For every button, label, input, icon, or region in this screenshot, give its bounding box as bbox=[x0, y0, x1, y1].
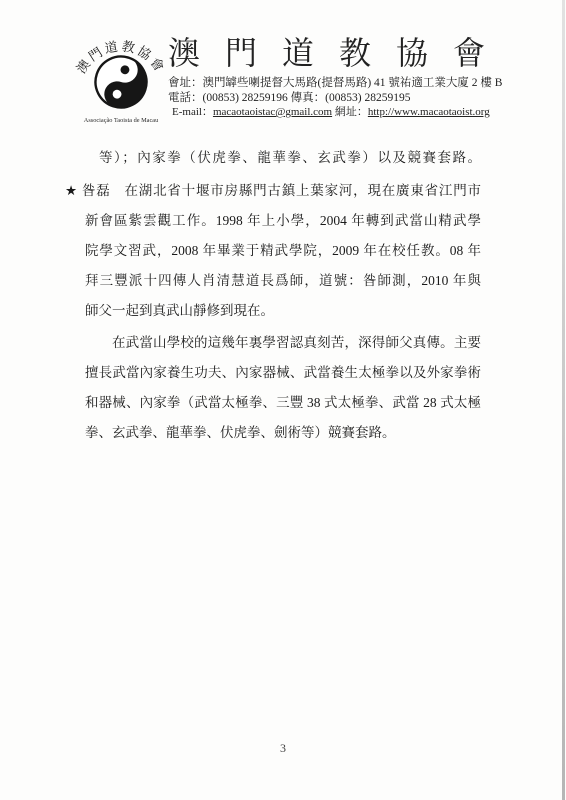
fax-label: 傳真： bbox=[291, 92, 326, 104]
address-label: 會址： bbox=[168, 77, 203, 89]
star-bullet-icon: ★ bbox=[65, 183, 82, 198]
scanned-document-page: 澳門道教協會 Associação Taoista de Macau 澳門道教協… bbox=[0, 0, 566, 800]
address-line: 會址：澳門罅些喇提督大馬路(提督馬路) 41 號祐適工業大廈 2 樓 B bbox=[168, 76, 528, 91]
footer: 3 bbox=[0, 741, 566, 756]
entry-name: 昝磊 bbox=[82, 183, 111, 198]
body-line: 和器械、內家拳（武當太極拳、三豐 38 式太極拳、武當 28 式太極 bbox=[85, 388, 481, 418]
association-logo: 澳門道教協會 Associação Taoista de Macau bbox=[66, 24, 176, 124]
logo-subtitle: Associação Taoista de Macau bbox=[84, 117, 159, 124]
document-body: 等）；內家拳（伏虎拳、龍華拳、玄武拳）以及競賽套路。 ★昝磊在湖北省十堰市房縣門… bbox=[85, 143, 481, 448]
email-address: macaotaoistac@gmail.com bbox=[213, 106, 332, 118]
phone-value: (00853) 28259196 bbox=[203, 92, 288, 104]
fax-value: (00853) 28259195 bbox=[325, 92, 410, 104]
phone-label: 電話： bbox=[168, 92, 203, 104]
email-web-line: E-mail：macaotaoistac@gmail.com 網址：http:/… bbox=[168, 105, 528, 120]
body-line: 拜三豐派十四傳人肖清慧道長爲師，道號：昝師測，2010 年與 bbox=[85, 266, 481, 296]
body-line: 在武當山學校的這幾年裏學習認真刻苦，深得師父真傳。主要 bbox=[85, 328, 481, 358]
body-line: 師父一起到真武山靜修到現在。 bbox=[85, 296, 481, 326]
body-line: 新會區紫雲觀工作。1998 年上小學，2004 年轉到武當山精武學 bbox=[85, 206, 481, 236]
website-url: http://www.macaotaoist.org bbox=[368, 106, 490, 118]
address-value: 澳門罅些喇提督大馬路(提督馬路) 41 號祐適工業大廈 2 樓 B bbox=[203, 77, 503, 89]
email-label: E-mail： bbox=[172, 106, 213, 118]
organization-title: 澳門道教協會 bbox=[168, 34, 528, 72]
contact-block: 會址：澳門罅些喇提督大馬路(提督馬路) 41 號祐適工業大廈 2 樓 B 電話：… bbox=[168, 76, 528, 120]
body-line: 擅長武當內家養生功夫、內家器械、武當養生太極拳以及外家拳術 bbox=[85, 358, 481, 388]
logo-graphic: 澳門道教協會 Associação Taoista de Macau bbox=[66, 24, 176, 124]
body-line: 等）；內家拳（伏虎拳、龍華拳、玄武拳）以及競賽套路。 bbox=[85, 143, 481, 173]
entry-line: ★昝磊在湖北省十堰市房縣門古鎮上葉家河，現在廣東省江門市 bbox=[65, 176, 481, 206]
website-label: 網址： bbox=[335, 106, 368, 118]
body-line: 院學文習武，2008 年畢業于精武學院，2009 年在校任教。08 年 bbox=[85, 236, 481, 266]
page-number: 3 bbox=[280, 741, 286, 755]
phone-fax-line: 電話：(00853) 28259196 傳真：(00853) 28259195 bbox=[168, 91, 528, 106]
letterhead: 澳門道教協會 會址：澳門罅些喇提督大馬路(提督馬路) 41 號祐適工業大廈 2 … bbox=[168, 34, 528, 120]
scan-edge-artifact bbox=[562, 0, 565, 800]
body-line: 在湖北省十堰市房縣門古鎮上葉家河，現在廣東省江門市 bbox=[125, 183, 482, 198]
body-line: 拳、玄武拳、龍華拳、伏虎拳、劍術等）競賽套路。 bbox=[85, 418, 481, 448]
